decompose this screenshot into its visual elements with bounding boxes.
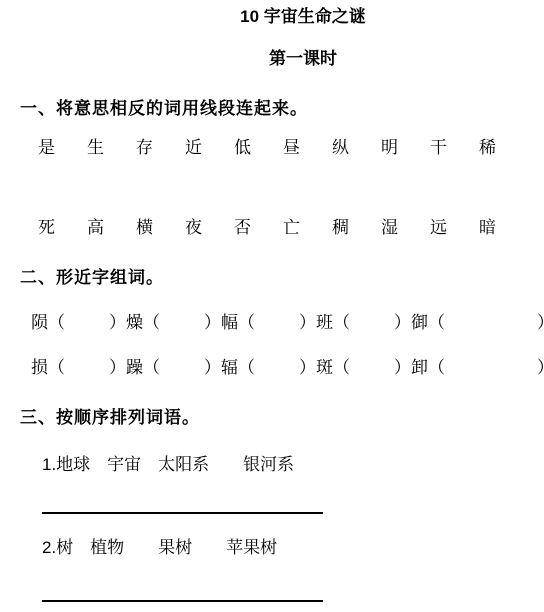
close-paren: ）: [299, 358, 316, 377]
antonym-char: 否: [234, 219, 251, 236]
open-paren: （: [333, 313, 350, 332]
word-blank-pair: 燥（）: [126, 314, 221, 331]
section-ordering-heading: 三、按顺序排列词语。: [20, 409, 200, 426]
word-blank-pair: 陨（）: [31, 314, 126, 331]
antonym-char: 纵: [332, 139, 349, 156]
base-char: 陨: [31, 313, 48, 332]
base-char: 斑: [316, 358, 333, 377]
base-char: 燥: [126, 313, 143, 332]
base-char: 班: [316, 313, 333, 332]
answer-blank: [160, 327, 204, 328]
lesson-subtitle: 第一课时: [62, 50, 544, 67]
section-antonyms-heading: 一、将意思相反的词用线段连起来。: [20, 100, 308, 117]
word-blank-pair: 躁（）: [126, 359, 221, 376]
open-paren: （: [238, 313, 255, 332]
close-paren: ）: [394, 313, 411, 332]
base-char: 御: [411, 313, 428, 332]
word-blank-pair: 御（）: [411, 314, 544, 331]
answer-line-1: [42, 512, 323, 514]
open-paren: （: [333, 358, 350, 377]
antonym-char: 高: [87, 219, 104, 236]
similar-chars-row-1: 陨（） 燥（） 幅（） 班（） 御（）: [31, 314, 543, 331]
answer-blank: [255, 327, 299, 328]
antonym-char: 近: [185, 139, 202, 156]
base-char: 躁: [126, 358, 143, 377]
answer-line-2: [42, 600, 323, 602]
open-paren: （: [143, 358, 160, 377]
word-blank-pair: 班（）: [316, 314, 411, 331]
antonym-char: 湿: [381, 219, 398, 236]
base-char: 卸: [411, 358, 428, 377]
antonym-char: 昼: [283, 139, 300, 156]
open-paren: （: [428, 313, 445, 332]
antonym-char: 存: [136, 139, 153, 156]
open-paren: （: [143, 313, 160, 332]
antonym-char: 是: [38, 139, 55, 156]
antonym-char: 死: [38, 219, 55, 236]
word-blank-pair: 卸（）: [411, 359, 544, 376]
answer-blank: [445, 372, 537, 373]
answer-blank: [350, 372, 394, 373]
answer-blank: [65, 327, 109, 328]
close-paren: ）: [204, 358, 221, 377]
base-char: 辐: [221, 358, 238, 377]
answer-blank: [350, 327, 394, 328]
open-paren: （: [48, 313, 65, 332]
antonym-char: 稠: [332, 219, 349, 236]
open-paren: （: [428, 358, 445, 377]
open-paren: （: [238, 358, 255, 377]
word-blank-pair: 幅（）: [221, 314, 316, 331]
open-paren: （: [48, 358, 65, 377]
word-blank-pair: 斑（）: [316, 359, 411, 376]
antonym-char: 夜: [185, 219, 202, 236]
close-paren: ）: [299, 313, 316, 332]
antonyms-bottom-row: 死 高 横 夜 否 亡 稠 湿 远 暗: [38, 219, 496, 236]
ordering-item-2: 2.树 植物 果树 苹果树: [42, 539, 277, 556]
page-title: 10 宇宙生命之谜: [62, 8, 544, 25]
similar-chars-row-2: 损（） 躁（） 辐（） 斑（） 卸（）: [31, 359, 543, 376]
close-paren: ）: [537, 313, 544, 332]
antonym-char: 稀: [479, 139, 496, 156]
close-paren: ）: [204, 313, 221, 332]
base-char: 损: [31, 358, 48, 377]
antonym-char: 低: [234, 139, 251, 156]
worksheet-page: 10 宇宙生命之谜 第一课时 一、将意思相反的词用线段连起来。 是 生 存 近 …: [0, 0, 544, 612]
answer-blank: [160, 372, 204, 373]
antonym-char: 生: [87, 139, 104, 156]
antonym-char: 亡: [283, 219, 300, 236]
antonym-char: 明: [381, 139, 398, 156]
answer-blank: [445, 327, 537, 328]
antonym-char: 暗: [479, 219, 496, 236]
answer-blank: [255, 372, 299, 373]
ordering-item-1: 1.地球 宇宙 太阳系 银河系: [42, 456, 294, 473]
close-paren: ）: [109, 358, 126, 377]
close-paren: ）: [394, 358, 411, 377]
close-paren: ）: [537, 358, 544, 377]
section-similar-chars-heading: 二、形近字组词。: [20, 269, 164, 286]
word-blank-pair: 辐（）: [221, 359, 316, 376]
antonym-char: 干: [430, 139, 447, 156]
close-paren: ）: [109, 313, 126, 332]
antonyms-top-row: 是 生 存 近 低 昼 纵 明 干 稀: [38, 139, 496, 156]
antonym-char: 横: [136, 219, 153, 236]
antonym-char: 远: [430, 219, 447, 236]
answer-blank: [65, 372, 109, 373]
base-char: 幅: [221, 313, 238, 332]
word-blank-pair: 损（）: [31, 359, 126, 376]
